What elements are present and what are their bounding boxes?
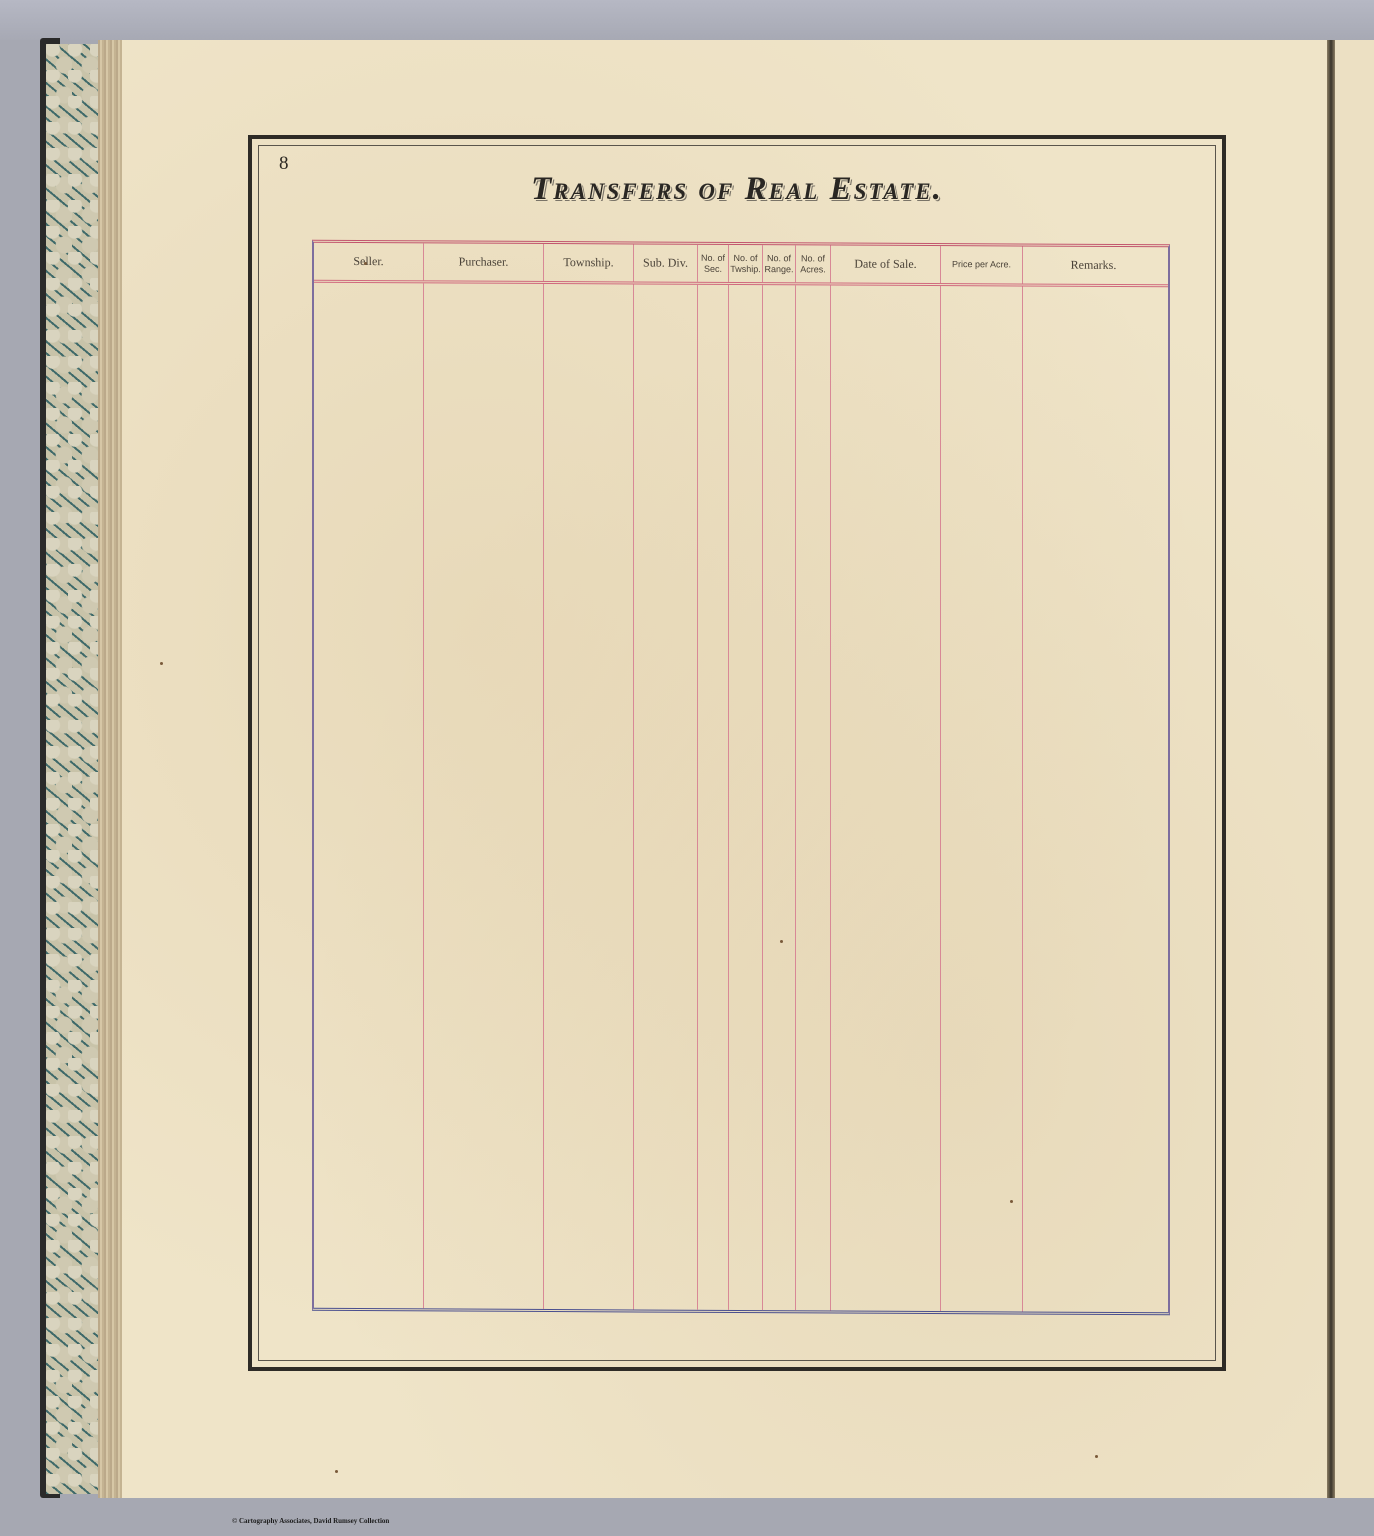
column-header: No. of Acres. [796, 245, 831, 282]
foxing-spot [364, 262, 367, 265]
foxing-spot [160, 662, 163, 665]
column-body [544, 284, 634, 1309]
column-body [729, 285, 763, 1310]
column-header: Price per Acre. [941, 246, 1023, 283]
column-body [941, 286, 1023, 1311]
scan-background [0, 0, 1374, 40]
column-body [698, 285, 729, 1310]
column-header: No. of Sec. [698, 245, 729, 282]
ledger-body [314, 283, 1168, 1312]
column-body [831, 285, 941, 1311]
column-header: Remarks. [1023, 246, 1164, 284]
column-body [796, 285, 831, 1310]
column-header: Seller. [314, 243, 424, 281]
ledger-table: Seller.Purchaser.Township.Sub. Div.No. o… [312, 240, 1170, 1315]
column-header: Township. [544, 244, 634, 281]
column-header: No. of Range. [763, 245, 796, 282]
foxing-spot [335, 1470, 338, 1473]
column-header: No. of Twship. [729, 245, 763, 282]
column-header: Sub. Div. [634, 244, 698, 281]
column-body [424, 283, 544, 1309]
page-frame: 8 Transfers of Real Estate. Seller.Purch… [248, 135, 1226, 1371]
foxing-spot [1010, 1200, 1013, 1203]
facing-page-edge [1335, 40, 1374, 1498]
book-gutter [1327, 40, 1335, 1498]
column-header: Purchaser. [424, 243, 544, 281]
marbled-endpaper [46, 44, 100, 1494]
column-body [314, 283, 424, 1309]
column-body [1023, 286, 1164, 1312]
column-body [634, 284, 698, 1309]
page-title: Transfers of Real Estate. [252, 171, 1222, 208]
foxing-spot [780, 940, 783, 943]
ledger-header-row: Seller.Purchaser.Township.Sub. Div.No. o… [314, 243, 1168, 287]
foxing-spot [1095, 1455, 1098, 1458]
column-body [763, 285, 796, 1310]
column-header: Date of Sale. [831, 245, 941, 283]
copyright-notice: © Cartography Associates, David Rumsey C… [232, 1517, 389, 1525]
